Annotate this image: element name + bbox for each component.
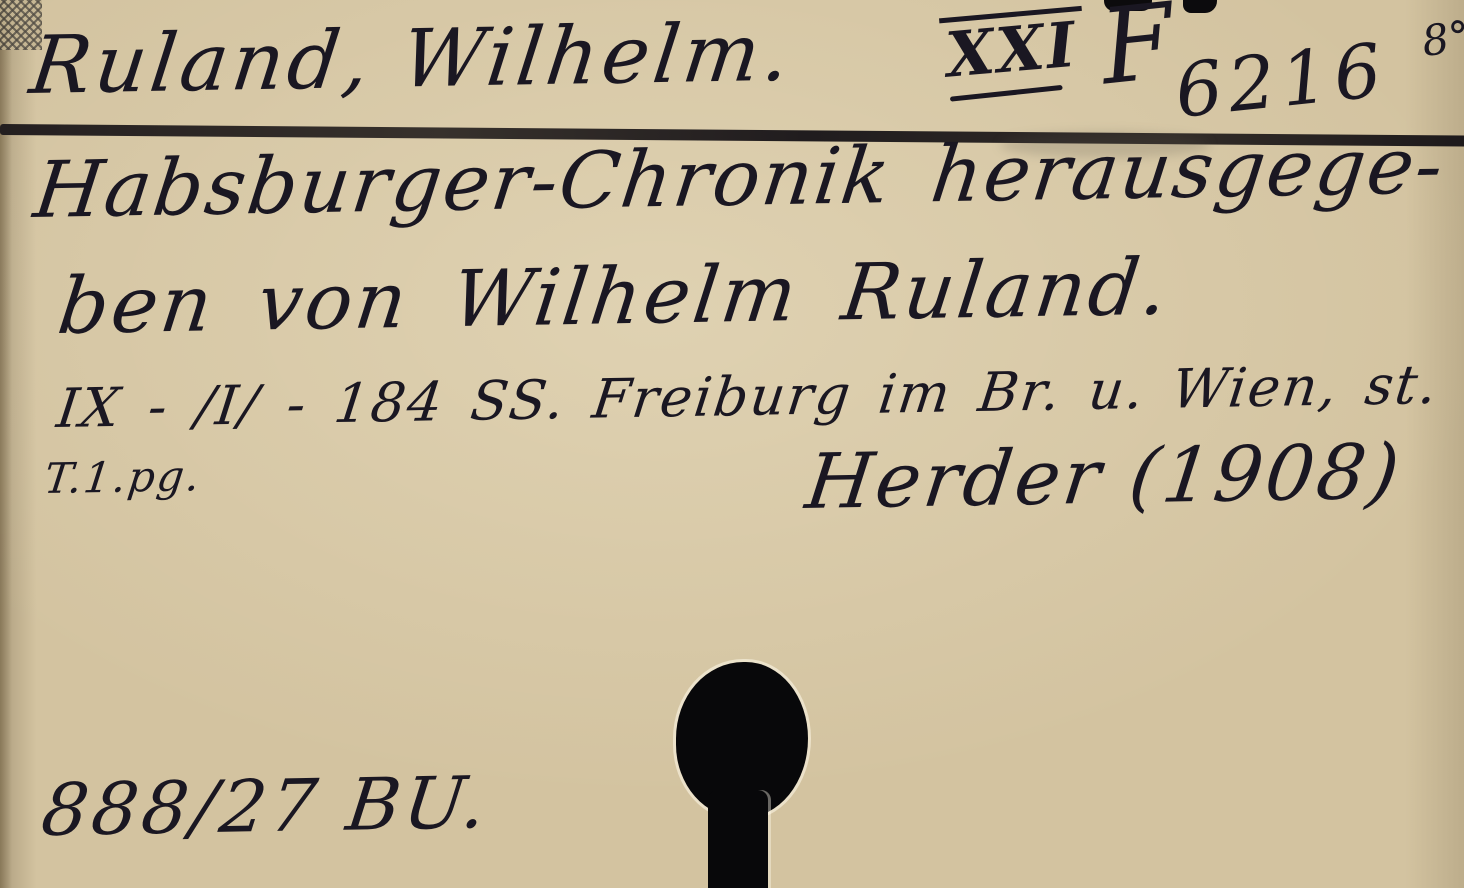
collation-imprint-line: IX - /I/ - 184 SS. Freiburg im Br. u. Wi…: [54, 358, 1442, 436]
shelfmark-number: 6216: [1171, 27, 1391, 135]
punch-hole-stem: [708, 790, 768, 888]
accession-number: 888/27 BU.: [38, 766, 494, 846]
title-line-1: Habsburger-Chronik herausgege-: [30, 127, 1449, 230]
part-note: T.1.pg.: [42, 455, 204, 500]
title-line-2: ben von Wilhelm Ruland.: [54, 249, 1174, 346]
shelfmark-format: 8°: [1419, 11, 1464, 66]
shelfmark-roman-class: XXI: [939, 6, 1088, 93]
author-heading: Ruland, Wilhelm.: [26, 13, 798, 106]
shelfmark: XXI F 6216 8°: [942, 12, 1464, 124]
catalog-card: Ruland, Wilhelm. XXI F 6216 8° Habsburge…: [0, 0, 1464, 888]
publisher-year: Herder (1908): [802, 434, 1406, 520]
shelfmark-letter: F: [1097, 0, 1179, 95]
